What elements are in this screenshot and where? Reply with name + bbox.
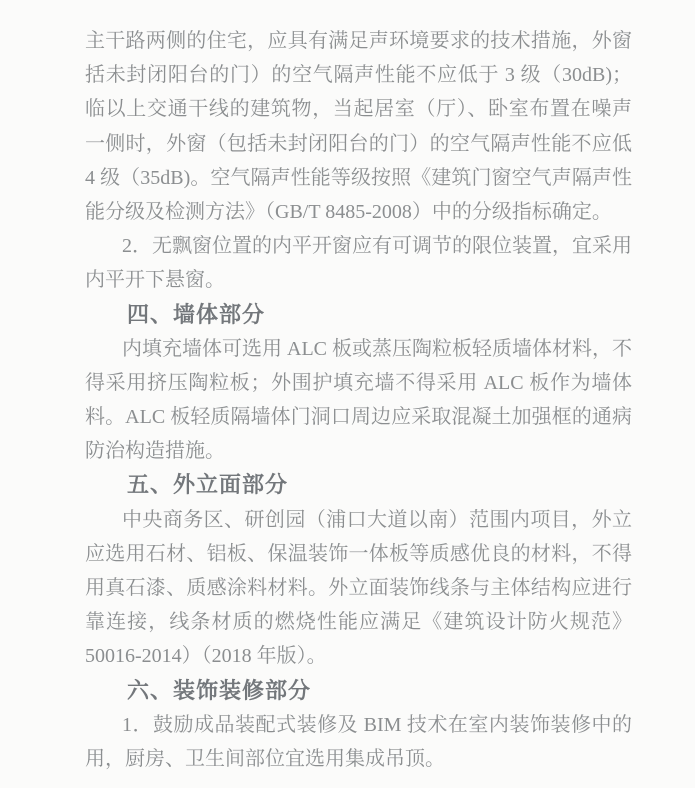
text-line: 内平开下悬窗。 — [85, 263, 632, 297]
text-line: 应选用石材、铝板、保温装饰一体板等质感优良的材料，不得采 — [85, 537, 632, 571]
paragraph: 1．鼓励成品装配式装修及 BIM 技术在室内装饰装修中的应用，厨房、卫生间部位宜… — [85, 708, 632, 776]
section-heading: 六、装饰装修部分 — [85, 674, 632, 708]
document-page: 主干路两侧的住宅，应具有满足声环境要求的技术措施，外窗（包括未封闭阳台的门）的空… — [0, 0, 695, 788]
text-line: 一侧时，外窗（包括未封闭阳台的门）的空气隔声性能不应低于 — [85, 127, 632, 161]
text-line: 2．无飘窗位置的内平开窗应有可调节的限位装置，宜采用 — [85, 229, 632, 263]
section-heading: 四、墙体部分 — [85, 298, 632, 332]
text-line: 括未封闭阳台的门）的空气隔声性能不应低于 3 级（30dB)；紧 — [85, 58, 632, 92]
text-line: 主干路两侧的住宅，应具有满足声环境要求的技术措施，外窗（包 — [85, 24, 632, 58]
text-line: 靠连接，线条材质的燃烧性能应满足《建筑设计防火规范》（GB — [85, 605, 632, 639]
section-heading: 五、外立面部分 — [85, 468, 632, 502]
paragraph: 2．无飘窗位置的内平开窗应有可调节的限位装置，宜采用内平开下悬窗。 — [85, 229, 632, 297]
text-line: 防治构造措施。 — [85, 434, 632, 468]
paragraph: 内填充墙体可选用 ALC 板或蒸压陶粒板轻质墙体材料，不得采用挤压陶粒板；外围护… — [85, 332, 632, 469]
paragraph: 主干路两侧的住宅，应具有满足声环境要求的技术措施，外窗（包括未封闭阳台的门）的空… — [85, 24, 632, 229]
text-line: 临以上交通干线的建筑物，当起居室（厅）、卧室布置在噪声源 — [85, 92, 632, 126]
text-line: 用，厨房、卫生间部位宜选用集成吊顶。 — [85, 742, 632, 776]
text-line: 用真石漆、质感涂料材料。外立面装饰线条与主体结构应进行可 — [85, 571, 632, 605]
text-line: 得采用挤压陶粒板；外围护填充墙不得采用 ALC 板作为墙体材 — [85, 366, 632, 400]
text-line: 内填充墙体可选用 ALC 板或蒸压陶粒板轻质墙体材料，不 — [85, 332, 632, 366]
text-line: 1．鼓励成品装配式装修及 BIM 技术在室内装饰装修中的应 — [85, 708, 632, 742]
text-line: 料。ALC 板轻质隔墙体门洞口周边应采取混凝土加强框的通病 — [85, 400, 632, 434]
text-line: 4 级（35dB)。空气隔声性能等级按照《建筑门窗空气声隔声性 — [85, 161, 632, 195]
text-line: 能分级及检测方法》（GB/T 8485-2008）中的分级指标确定。 — [85, 195, 632, 229]
paragraph: 中央商务区、研创园（浦口大道以南）范围内项目，外立面应选用石材、铝板、保温装饰一… — [85, 503, 632, 674]
text-line: 中央商务区、研创园（浦口大道以南）范围内项目，外立面 — [85, 503, 632, 537]
text-line: 50016-2014）（2018 年版）。 — [85, 639, 632, 673]
